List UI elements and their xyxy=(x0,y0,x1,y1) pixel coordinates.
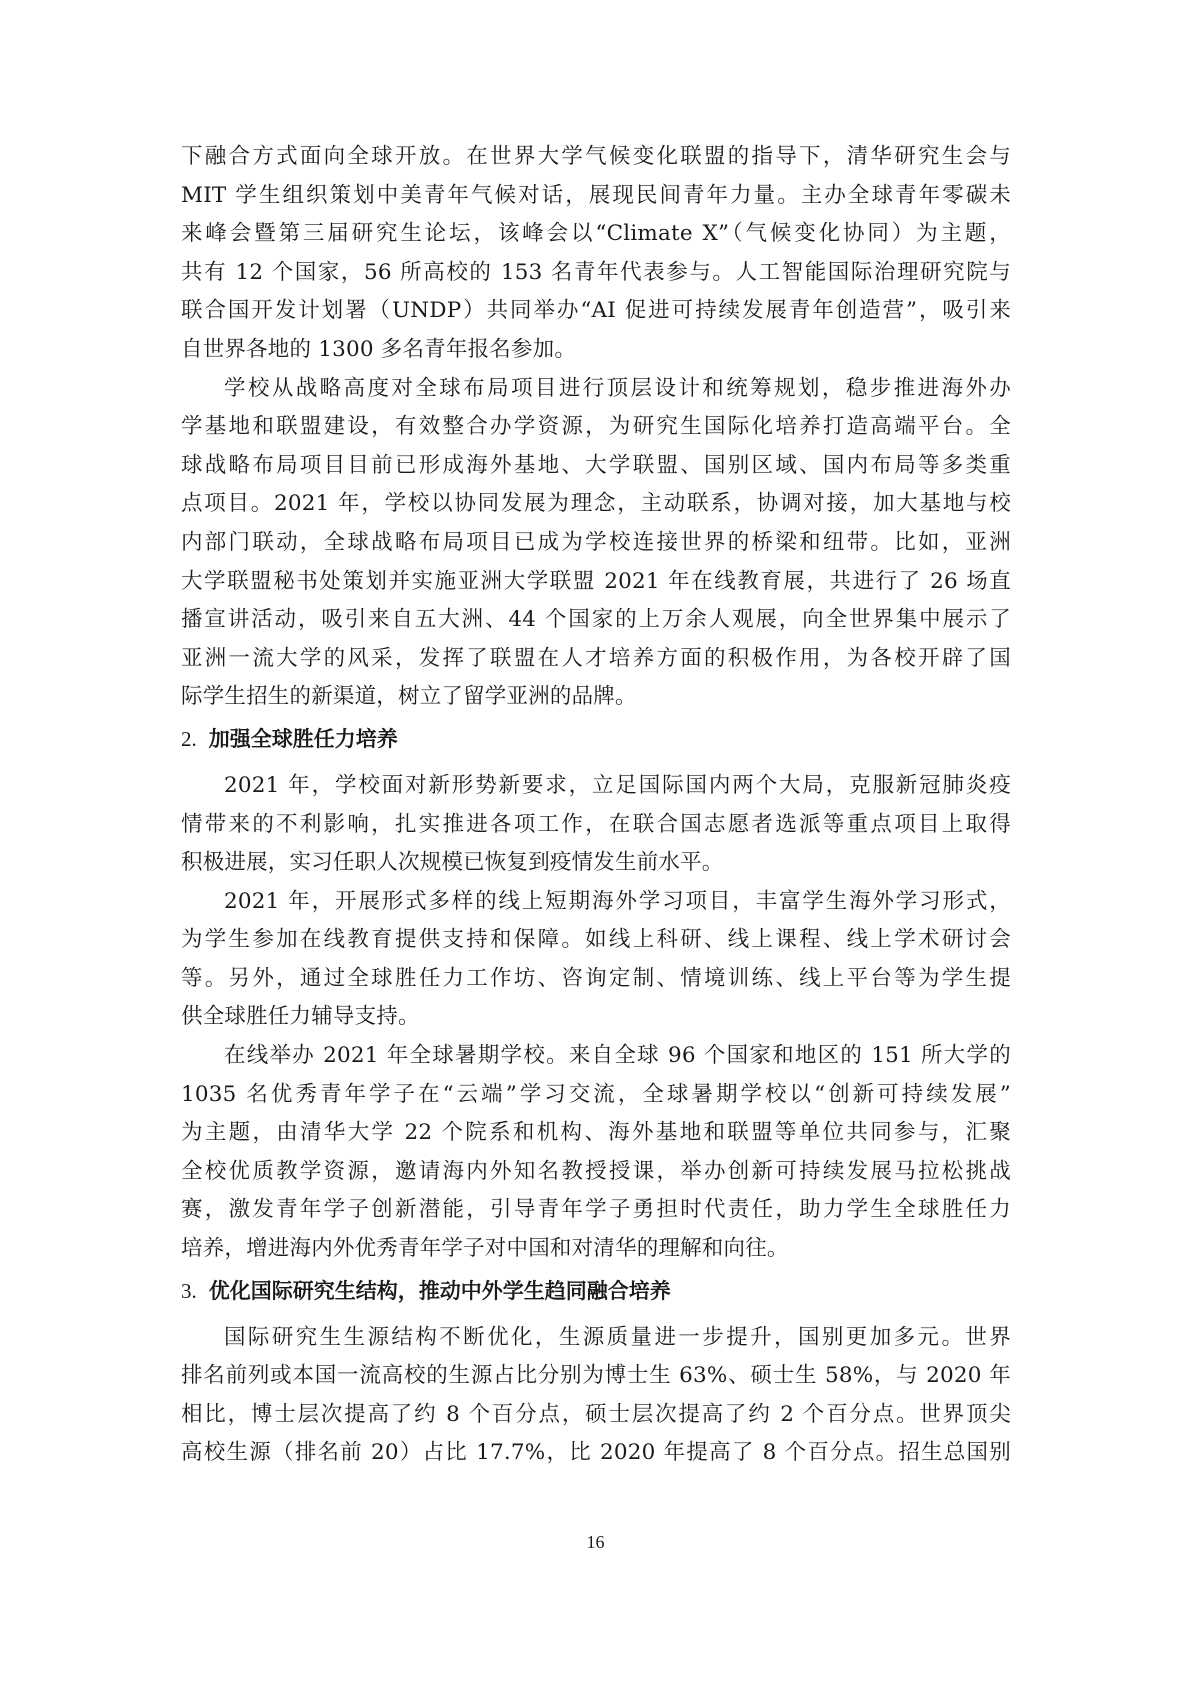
text-line: 培养，增进海内外优秀青年学子对中国和对清华的理解和向往。 xyxy=(181,1230,1011,1269)
text-line: 全校优质教学资源，邀请海内外知名教授授课，举办创新可持续发展马拉松挑战 xyxy=(181,1153,1011,1192)
text-line: 积极进展，实习任职人次规模已恢复到疫情发生前水平。 xyxy=(181,844,1011,883)
paragraph-online-short-term-programs: 2021 年，开展形式多样的线上短期海外学习项目，丰富学生海外学习形式， 为学生… xyxy=(181,883,1011,1037)
text-line: 自世界各地的 1300 多名青年报名参加。 xyxy=(181,331,1011,370)
heading-number: 3. xyxy=(181,1279,197,1303)
paragraph-global-youth-events: 下融合方式面向全球开放。在世界大学气候变化联盟的指导下，清华研究生会与 MIT … xyxy=(181,138,1011,370)
text-line: 内部门联动，全球战略布局项目已成为学校连接世界的桥梁和纽带。比如，亚洲 xyxy=(181,524,1011,563)
text-line: 大学联盟秘书处策划并实施亚洲大学联盟 2021 年在线教育展，共进行了 26 场… xyxy=(181,563,1011,602)
text-line: MIT 学生组织策划中美青年气候对话，展现民间青年力量。主办全球青年零碳未 xyxy=(181,177,1011,216)
text-line: 际学生招生的新渠道，树立了留学亚洲的品牌。 xyxy=(181,678,1011,717)
page-number: 16 xyxy=(0,1532,1191,1553)
paragraph-2021-challenges: 2021 年，学校面对新形势新要求，立足国际国内两个大局，克服新冠肺炎疫 情带来… xyxy=(181,767,1011,883)
paragraph-global-summer-school: 在线举办 2021 年全球暑期学校。来自全球 96 个国家和地区的 151 所大… xyxy=(181,1037,1011,1269)
text-line: 联合国开发计划署（UNDP）共同举办“AI 促进可持续发展青年创造营”，吸引来 xyxy=(181,292,1011,331)
heading-number: 2. xyxy=(181,727,197,751)
text-line: 来峰会暨第三届研究生论坛，该峰会以“Climate X”（气候变化协同）为主题， xyxy=(181,215,1011,254)
text-line: 亚洲一流大学的风采，发挥了联盟在人才培养方面的积极作用，为各校开辟了国 xyxy=(181,640,1011,679)
text-line: 下融合方式面向全球开放。在世界大学气候变化联盟的指导下，清华研究生会与 xyxy=(181,138,1011,177)
paragraph-international-student-structure: 国际研究生生源结构不断优化，生源质量进一步提升，国别更加多元。世界 排名前列或本… xyxy=(181,1319,1011,1473)
text-line: 在线举办 2021 年全球暑期学校。来自全球 96 个国家和地区的 151 所大… xyxy=(181,1037,1011,1076)
text-line: 学校从战略高度对全球布局项目进行顶层设计和统筹规划，稳步推进海外办 xyxy=(181,370,1011,409)
text-line: 情带来的不利影响，扎实推进各项工作，在联合国志愿者选派等重点项目上取得 xyxy=(181,806,1011,845)
text-line: 等。另外，通过全球胜任力工作坊、咨询定制、情境训练、线上平台等为学生提 xyxy=(181,960,1011,999)
heading-text: 加强全球胜任力培养 xyxy=(209,727,398,751)
text-line: 球战略布局项目目前已形成海外基地、大学联盟、国别区域、国内布局等多类重 xyxy=(181,447,1011,486)
text-line: 2021 年，学校面对新形势新要求，立足国际国内两个大局，克服新冠肺炎疫 xyxy=(181,767,1011,806)
text-line: 为学生参加在线教育提供支持和保障。如线上科研、线上课程、线上学术研讨会 xyxy=(181,921,1011,960)
text-line: 国际研究生生源结构不断优化，生源质量进一步提升，国别更加多元。世界 xyxy=(181,1319,1011,1358)
text-line: 2021 年，开展形式多样的线上短期海外学习项目，丰富学生海外学习形式， xyxy=(181,883,1011,922)
document-page: 下融合方式面向全球开放。在世界大学气候变化联盟的指导下，清华研究生会与 MIT … xyxy=(0,0,1191,1684)
section-heading-3: 3.优化国际研究生结构，推动中外学生趋同融合培养 xyxy=(181,1269,1011,1319)
text-line: 排名前列或本国一流高校的生源占比分别为博士生 63%、硕士生 58%，与 202… xyxy=(181,1357,1011,1396)
text-line: 共有 12 个国家，56 所高校的 153 名青年代表参与。人工智能国际治理研究… xyxy=(181,254,1011,293)
text-line: 点项目。2021 年，学校以协同发展为理念，主动联系，协调对接，加大基地与校 xyxy=(181,485,1011,524)
text-line: 1035 名优秀青年学子在“云端”学习交流，全球暑期学校以“创新可持续发展” xyxy=(181,1076,1011,1115)
heading-text: 优化国际研究生结构，推动中外学生趋同融合培养 xyxy=(209,1279,671,1303)
text-line: 播宣讲活动，吸引来自五大洲、44 个国家的上万余人观展，向全世界集中展示了 xyxy=(181,601,1011,640)
page-body: 下融合方式面向全球开放。在世界大学气候变化联盟的指导下，清华研究生会与 MIT … xyxy=(181,138,1011,1473)
section-heading-2: 2.加强全球胜任力培养 xyxy=(181,717,1011,767)
text-line: 相比，博士层次提高了约 8 个百分点，硕士层次提高了约 2 个百分点。世界顶尖 xyxy=(181,1396,1011,1435)
text-line: 高校生源（排名前 20）占比 17.7%，比 2020 年提高了 8 个百分点。… xyxy=(181,1434,1011,1473)
text-line: 赛，激发青年学子创新潜能，引导青年学子勇担时代责任，助力学生全球胜任力 xyxy=(181,1191,1011,1230)
text-line: 供全球胜任力辅导支持。 xyxy=(181,998,1011,1037)
text-line: 为主题，由清华大学 22 个院系和机构、海外基地和联盟等单位共同参与，汇聚 xyxy=(181,1114,1011,1153)
paragraph-global-layout-projects: 学校从战略高度对全球布局项目进行顶层设计和统筹规划，稳步推进海外办 学基地和联盟… xyxy=(181,370,1011,717)
text-line: 学基地和联盟建设，有效整合办学资源，为研究生国际化培养打造高端平台。全 xyxy=(181,408,1011,447)
